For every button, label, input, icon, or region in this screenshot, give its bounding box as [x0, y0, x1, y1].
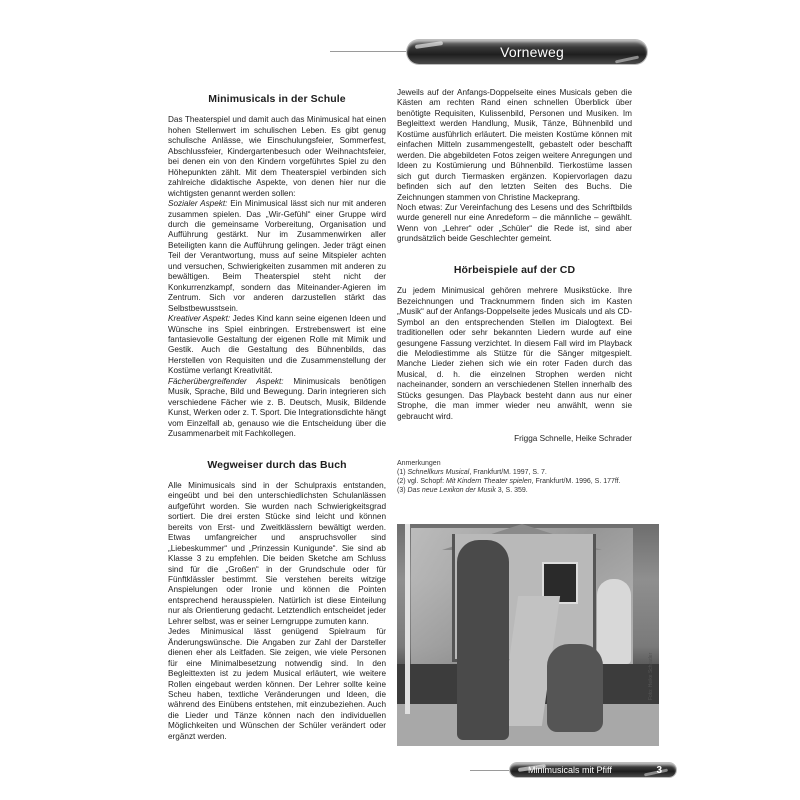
crouching-child [547, 644, 603, 732]
footnote-title: Schnellkurs Musical [408, 469, 470, 476]
overview-paragraph: Jeweils auf der Anfangs-Doppelseite eine… [397, 88, 632, 203]
footnote-title: Das neue Lexikon der Musik [408, 487, 496, 494]
footer-book-title: Minimusicals mit Pfiff [510, 765, 656, 775]
aspect-label: Kreativer Aspekt: [168, 314, 230, 323]
intro-paragraph: Das Theaterspiel und damit auch das Mini… [168, 115, 386, 199]
footnote-prefix: vgl. Schopf: [408, 478, 447, 485]
heading-wegweiser: Wegweiser durch das Buch [168, 460, 386, 470]
backdrop-pole [405, 524, 410, 714]
performance-photo [397, 524, 659, 746]
section-title: Vorneweg [490, 44, 564, 60]
footnote-title: Mit Kindern Theater spielen [446, 478, 532, 485]
cd-paragraph: Zu jedem Minimusical gehören mehrere Mus… [397, 286, 632, 422]
left-column: Minimusicals in der Schule Das Theatersp… [168, 88, 386, 742]
header-rule [330, 51, 410, 52]
footnote-number: (1) [397, 469, 408, 476]
aspect-interdisciplinary: Fächerübergreifender Aspekt: Minimusical… [168, 377, 386, 440]
footer-rule [470, 770, 512, 771]
standing-child [457, 540, 509, 740]
aspect-label: Fächerübergreifender Aspekt: [168, 377, 284, 386]
aspect-label: Sozialer Aspekt: [168, 199, 227, 208]
footnotes: Anmerkungen (1) Schnellkurs Musical, Fra… [397, 459, 632, 496]
footnotes-title: Anmerkungen [397, 459, 632, 468]
right-column: Jeweils auf der Anfangs-Doppelseite eine… [397, 88, 632, 495]
guide-paragraph-2: Jedes Minimusical lässt genügend Spielra… [168, 627, 386, 742]
footnote-1: (1) Schnellkurs Musical, Frankfurt/M. 19… [397, 468, 632, 477]
gender-note-paragraph: Noch etwas: Zur Vereinfachung des Lesens… [397, 203, 632, 245]
photo-credit: Foto: Heike Schrader [648, 653, 654, 700]
heading-minimusicals-in-der-schule: Minimusicals in der Schule [168, 94, 386, 104]
aspect-creative: Kreativer Aspekt: Jedes Kind kann seine … [168, 314, 386, 377]
author-signature: Frigga Schnelle, Heike Schrader [397, 434, 632, 444]
guide-paragraph-1: Alle Minimusicals sind in der Schulpraxi… [168, 481, 386, 627]
footnote-2: (2) vgl. Schopf: Mit Kindern Theater spi… [397, 477, 632, 486]
aspect-text: Jedes Kind kann seine eigenen Ideen und … [168, 314, 386, 375]
footnote-number: (3) [397, 487, 408, 494]
footer-banner: Minimusicals mit Pfiff 3 [510, 763, 676, 777]
footnote-rest: 3, S. 359. [496, 487, 528, 494]
aspect-social: Sozialer Aspekt: Ein Minimusical lässt s… [168, 199, 386, 314]
footnote-rest: , Frankfurt/M. 1996, S. 177ff. [532, 478, 621, 485]
painted-flower [597, 579, 631, 664]
heading-hoerbeispiele: Hörbeispiele auf der CD [397, 265, 632, 275]
footnote-rest: , Frankfurt/M. 1997, S. 7. [469, 469, 546, 476]
section-title-banner: Vorneweg [407, 40, 647, 64]
footnote-3: (3) Das neue Lexikon der Musik 3, S. 359… [397, 486, 632, 495]
page-number: 3 [656, 765, 676, 776]
aspect-text: Ein Minimusical lässt sich nur mit ander… [168, 199, 386, 313]
footnote-number: (2) [397, 478, 408, 485]
